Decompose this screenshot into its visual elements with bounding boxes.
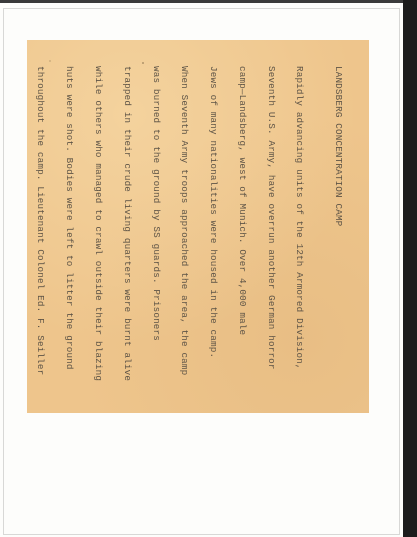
body-line: camp—Landsberg, west of Munich. Over 4,0… [237,66,247,406]
body-line: Seventh U.S. Army, have overrun another … [266,66,276,406]
body-line: while others who managed to crawl outsid… [93,66,103,406]
paper-speck [142,62,144,64]
body-line: was burned to the ground by SS guards. P… [151,66,161,406]
body-line: Rapidly advancing units of the 12th Armo… [295,66,305,406]
scanner-edge-right [403,0,417,537]
body-line: When Seventh Army troops approached the … [180,66,190,406]
body-line: Jews of many nationalities were housed i… [209,66,219,406]
body-line: trapped in their crude living quarters w… [122,66,132,406]
caption-paper: LANDSBERG CONCENTRATION CAMP Rapidly adv… [27,40,369,413]
body-line: huts were shot. Bodies were left to litt… [65,66,75,406]
paper-speck [49,60,51,62]
caption-title: LANDSBERG CONCENTRATION CAMP [333,66,343,406]
body-line: throughout the camp. Lieutenant Colonel … [36,66,46,406]
typed-caption: LANDSBERG CONCENTRATION CAMP Rapidly adv… [27,66,362,406]
